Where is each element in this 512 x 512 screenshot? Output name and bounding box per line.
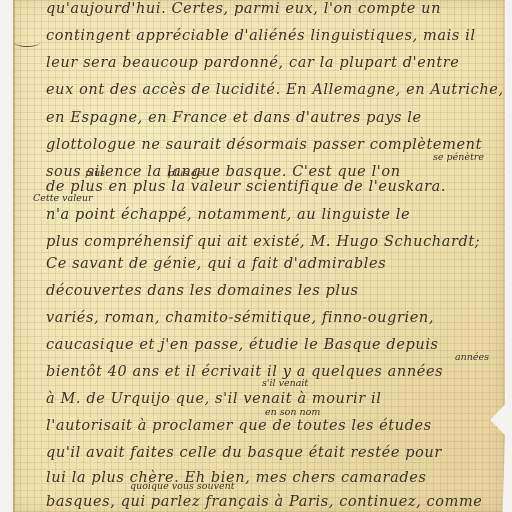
insertion-penetre: se pénètre xyxy=(433,152,484,163)
manuscript-line: n'a point échappé, notamment, au linguis… xyxy=(46,207,410,223)
insertion-plus: plus xyxy=(85,168,105,179)
manuscript-line: de plus en plus la valeur scientifique d… xyxy=(46,179,446,195)
margin-mark xyxy=(14,38,40,47)
manuscript-line: contingent appréciable d'aliénés linguis… xyxy=(46,28,476,44)
manuscript-line: eux ont des accès de lucidité. En Allema… xyxy=(46,82,504,98)
insertion-cette-valeur: Cette valeur xyxy=(33,193,93,204)
manuscript-line: découvertes dans les domaines les plus xyxy=(46,283,359,299)
manuscript-line: leur sera beaucoup pardonné, car la plup… xyxy=(46,55,459,71)
manuscript-line: à M. de Urquijo que, s'il venait à mouri… xyxy=(46,391,381,407)
manuscript-line: qu'il avait faites celle du basque était… xyxy=(46,445,442,461)
insertion-s-il-venait: s'il venait xyxy=(262,378,308,389)
insertion-annees: années xyxy=(455,352,489,363)
insertion-plus-de: plus de xyxy=(168,168,203,179)
manuscript-line: Ce savant de génie, qui a fait d'admirab… xyxy=(46,256,386,272)
manuscript-line: lui la plus chère. Eh bien, mes chers ca… xyxy=(46,470,426,486)
manuscript-line: plus compréhensif qui ait existé, M. Hug… xyxy=(46,234,480,250)
insertion-en-son-nom: en son nom xyxy=(265,407,320,418)
insertion-quoique: quoique vous souvent xyxy=(130,481,235,492)
manuscript-line: variés, roman, chamito-sémitique, finno-… xyxy=(46,310,434,326)
manuscript-line: glottologue ne saurait désormais passer … xyxy=(46,137,482,153)
manuscript-line: basques, qui parlez français à Paris, co… xyxy=(46,494,483,510)
manuscript-line: en Espagne, en France et dans d'autres p… xyxy=(46,110,422,126)
manuscript-line: qu'aujourd'hui. Certes, parmi eux, l'on … xyxy=(46,1,441,17)
manuscript-line: l'autorisait à proclamer que de toutes l… xyxy=(46,418,432,434)
page-left-edge xyxy=(13,0,15,512)
manuscript-line: caucasique et j'en passe, étudie le Basq… xyxy=(46,337,439,353)
manuscript-line: bientôt 40 ans et il écrivait il y a que… xyxy=(46,364,443,380)
